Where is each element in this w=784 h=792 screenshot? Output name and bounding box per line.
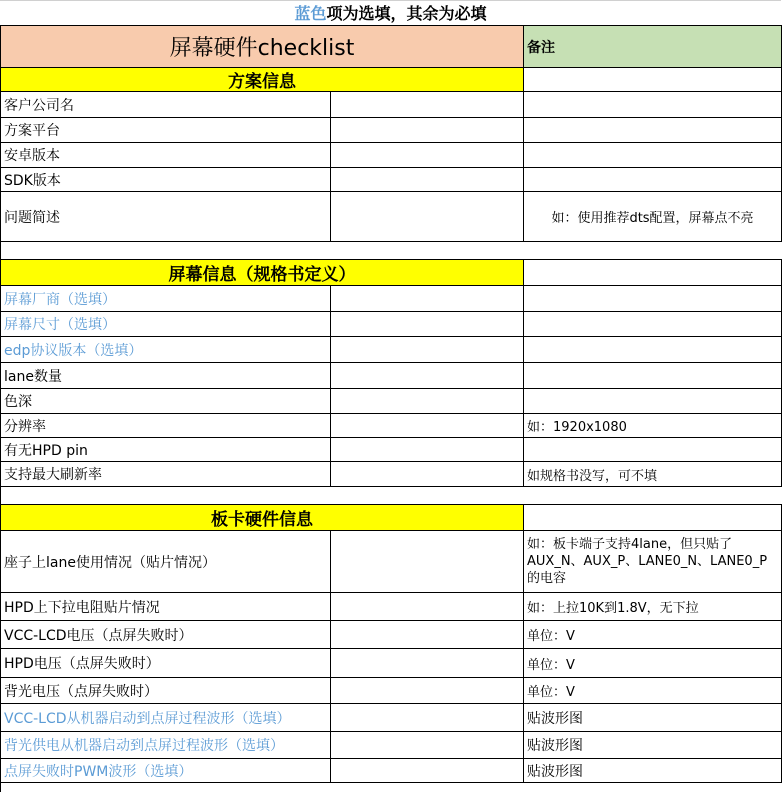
row-remark[interactable]: 如规格书没写，可不填 — [523, 461, 782, 487]
row-label: 背光供电从机器启动到点屏过程波形（选填） — [0, 731, 331, 759]
pwm-waveform-input[interactable] — [330, 758, 524, 783]
row-label: 有无HPD pin — [0, 437, 331, 462]
vcc-lcd-voltage-input[interactable] — [330, 620, 524, 649]
row-remark[interactable]: 如：上拉10K到1.8V，无下拉 — [523, 592, 782, 621]
row-label: HPD上下拉电阻贴片情况 — [0, 592, 331, 621]
row-label: 方案平台 — [0, 117, 331, 143]
row-label: 屏幕厂商（选填） — [0, 285, 331, 312]
row-label: 座子上lane使用情况（贴片情况） — [0, 530, 331, 593]
legend-note: 蓝色项为选填，其余为必填 — [0, 0, 781, 25]
android-version-input[interactable] — [330, 142, 524, 168]
section-title-scheme-info: 方案信息 — [0, 67, 524, 92]
color-depth-input[interactable] — [330, 388, 524, 414]
spacer-row — [0, 241, 784, 260]
row-remark[interactable] — [523, 362, 782, 389]
row-remark[interactable] — [523, 311, 782, 337]
row-remark[interactable]: 如：1920x1080 — [523, 413, 782, 438]
backlight-voltage-input[interactable] — [330, 677, 524, 704]
remark-column-header: 备注 — [523, 25, 782, 68]
problem-description-input[interactable] — [330, 191, 524, 242]
row-label: 屏幕尺寸（选填） — [0, 311, 331, 337]
row-label: 色深 — [0, 388, 331, 414]
legend-rest-text: 项为选填，其余为必填 — [327, 4, 487, 23]
row-label: VCC-LCD从机器启动到点屏过程波形（选填） — [0, 703, 331, 732]
row-label: 安卓版本 — [0, 142, 331, 168]
checklist-sheet: 蓝色项为选填，其余为必填 屏幕硬件checklist 备注 方案信息 客户公司名… — [0, 0, 784, 792]
row-label: 支持最大刷新率 — [0, 461, 331, 487]
customer-company-input[interactable] — [330, 91, 524, 118]
row-remark[interactable] — [523, 285, 782, 312]
legend-blue-text: 蓝色 — [294, 4, 326, 23]
lane-usage-input[interactable] — [330, 530, 524, 593]
row-label: 点屏失败时PWM波形（选填） — [0, 758, 331, 783]
screen-vendor-input[interactable] — [330, 285, 524, 312]
backlight-waveform-input[interactable] — [330, 731, 524, 759]
row-remark[interactable]: 如：板卡端子支持4lane，但只贴了AUX_N、AUX_P、LANE0_N、LA… — [523, 530, 782, 593]
row-label: edp协议版本（选填） — [0, 336, 331, 363]
row-remark[interactable] — [523, 91, 782, 118]
row-label: VCC-LCD电压（点屏失败时） — [0, 620, 331, 649]
platform-input[interactable] — [330, 117, 524, 143]
section-remark-cell[interactable] — [523, 504, 782, 531]
row-label: 分辨率 — [0, 413, 331, 438]
sheet-title: 屏幕硬件checklist — [0, 25, 524, 68]
hpd-resistor-input[interactable] — [330, 592, 524, 621]
max-refresh-rate-input[interactable] — [330, 461, 524, 487]
row-remark[interactable]: 贴波形图 — [523, 758, 782, 783]
sdk-version-input[interactable] — [330, 167, 524, 192]
row-remark[interactable] — [523, 117, 782, 143]
section-title-screen-info: 屏幕信息（规格书定义） — [0, 259, 524, 286]
row-remark[interactable]: 单位：V — [523, 620, 782, 649]
lane-count-input[interactable] — [330, 362, 524, 389]
section-title-board-hardware: 板卡硬件信息 — [0, 504, 524, 531]
row-label: 客户公司名 — [0, 91, 331, 118]
row-remark[interactable]: 贴波形图 — [523, 703, 782, 732]
row-remark[interactable] — [523, 388, 782, 414]
spacer-row — [0, 486, 784, 505]
row-remark[interactable] — [523, 437, 782, 462]
section-remark-cell[interactable] — [523, 259, 782, 286]
vcc-lcd-waveform-input[interactable] — [330, 703, 524, 732]
row-remark[interactable] — [523, 167, 782, 192]
row-remark[interactable]: 贴波形图 — [523, 731, 782, 759]
row-remark[interactable] — [523, 336, 782, 363]
hpd-voltage-input[interactable] — [330, 648, 524, 678]
row-label: SDK版本 — [0, 167, 331, 192]
row-label: 问题简述 — [0, 191, 331, 242]
row-remark[interactable]: 单位：V — [523, 648, 782, 678]
row-label: HPD电压（点屏失败时） — [0, 648, 331, 678]
resolution-input[interactable] — [330, 413, 524, 438]
row-remark[interactable] — [523, 142, 782, 168]
edp-version-input[interactable] — [330, 336, 524, 363]
hpd-pin-input[interactable] — [330, 437, 524, 462]
row-remark[interactable]: 如：使用推荐dts配置，屏幕点不亮 — [523, 191, 782, 242]
screen-size-input[interactable] — [330, 311, 524, 337]
row-remark[interactable]: 单位：V — [523, 677, 782, 704]
row-label: 背光电压（点屏失败时） — [0, 677, 331, 704]
spacer-row — [0, 782, 784, 792]
row-label: lane数量 — [0, 362, 331, 389]
section-remark-cell[interactable] — [523, 67, 782, 92]
